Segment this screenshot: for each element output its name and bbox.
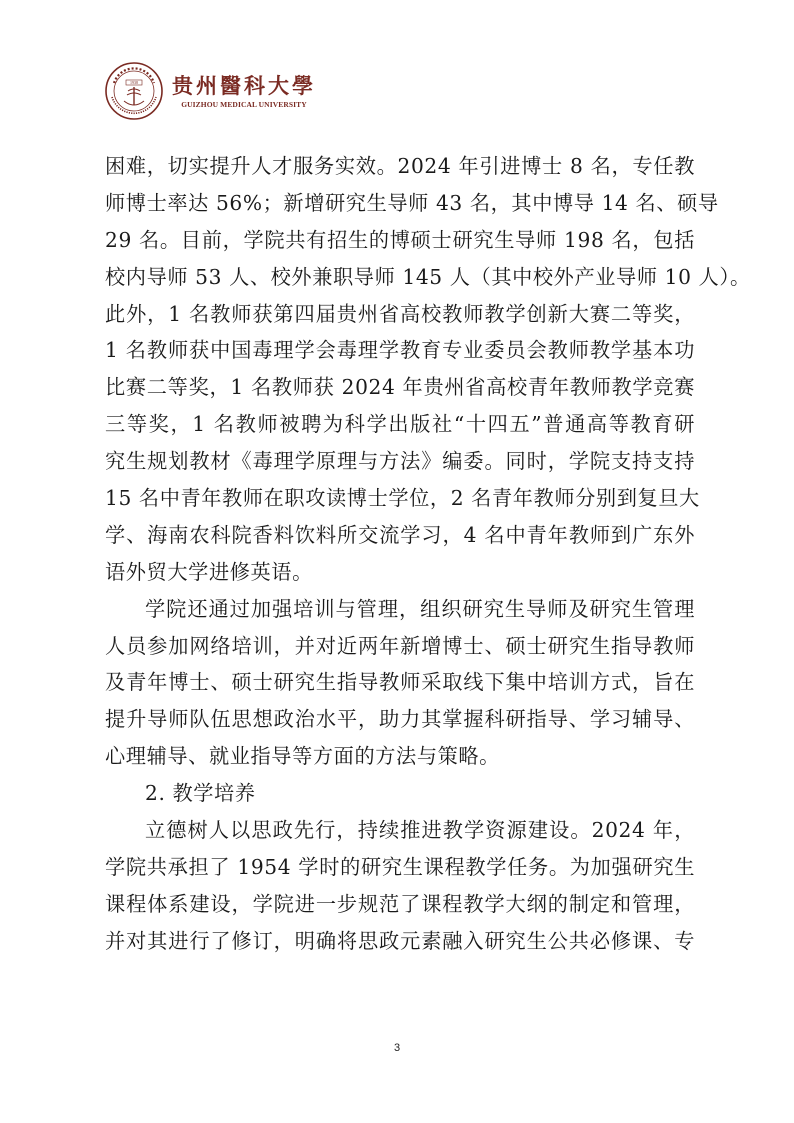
- body-line: 学院还通过加强培训与管理，组织研究生导师及研究生管理: [105, 591, 695, 628]
- university-name-cn: 贵州醫科大學: [172, 74, 316, 98]
- body-line: 此外，1 名教师获第四届贵州省高校教师教学创新大赛二等奖，: [105, 296, 695, 333]
- body-line: 29 名。目前，学院共有招生的博硕士研究生导师 198 名，包括: [105, 222, 695, 259]
- body-line: 课程体系建设，学院进一步规范了课程教学大纲的制定和管理，: [105, 886, 695, 923]
- svg-text:1938: 1938: [130, 80, 138, 85]
- body-line: 15 名中青年教师在职攻读博士学位，2 名青年教师分别到复旦大: [105, 480, 695, 517]
- body-line: 1 名教师获中国毒理学会毒理学教育专业委员会教师教学基本功: [105, 332, 695, 369]
- body-line: 提升导师队伍思想政治水平，助力其掌握科研指导、学习辅导、: [105, 701, 695, 738]
- body-line: 究生规划教材《毒理学原理与方法》编委。同时，学院支持支持: [105, 443, 695, 480]
- page-number: 3: [0, 1042, 794, 1054]
- body-line: 心理辅导、就业指导等方面的方法与策略。: [105, 738, 695, 775]
- body-line: 及青年博士、硕士研究生指导教师采取线下集中培训方式，旨在: [105, 664, 695, 701]
- university-name-en: GUIZHOU MEDICAL UNIVERSITY: [181, 100, 307, 109]
- university-wordmark: 贵州醫科大學 GUIZHOU MEDICAL UNIVERSITY: [172, 74, 316, 109]
- body-line: 语外贸大学进修英语。: [105, 554, 695, 591]
- document-header: 1938 贵州醫科大學 GUIZHOU MEDICAL UNIVERSITY: [104, 60, 316, 122]
- body-line: 人员参加网络培训，并对近两年新增博士、硕士研究生指导教师: [105, 628, 695, 665]
- body-line: 三等奖，1 名教师被聘为科学出版社“十四五”普通高等教育研: [105, 406, 695, 443]
- body-line: 师博士率达 56%；新增研究生导师 43 名，其中博导 14 名、硕导: [105, 185, 695, 222]
- document-body: 困难，切实提升人才服务实效。2024 年引进博士 8 名，专任教 师博士率达 5…: [105, 148, 695, 960]
- university-seal-icon: 1938: [104, 61, 164, 121]
- section-heading: 2. 教学培养: [105, 775, 695, 812]
- body-line: 并对其进行了修订，明确将思政元素融入研究生公共必修课、专: [105, 923, 695, 960]
- body-line: 学、海南农科院香料饮料所交流学习，4 名中青年教师到广东外: [105, 517, 695, 554]
- body-line: 困难，切实提升人才服务实效。2024 年引进博士 8 名，专任教: [105, 148, 695, 185]
- body-line: 立德树人以思政先行，持续推进教学资源建设。2024 年，: [105, 812, 695, 849]
- body-line: 比赛二等奖，1 名教师获 2024 年贵州省高校青年教师教学竞赛: [105, 369, 695, 406]
- body-line: 学院共承担了 1954 学时的研究生课程教学任务。为加强研究生: [105, 849, 695, 886]
- body-line: 校内导师 53 人、校外兼职导师 145 人（其中校外产业导师 10 人）。: [105, 259, 695, 296]
